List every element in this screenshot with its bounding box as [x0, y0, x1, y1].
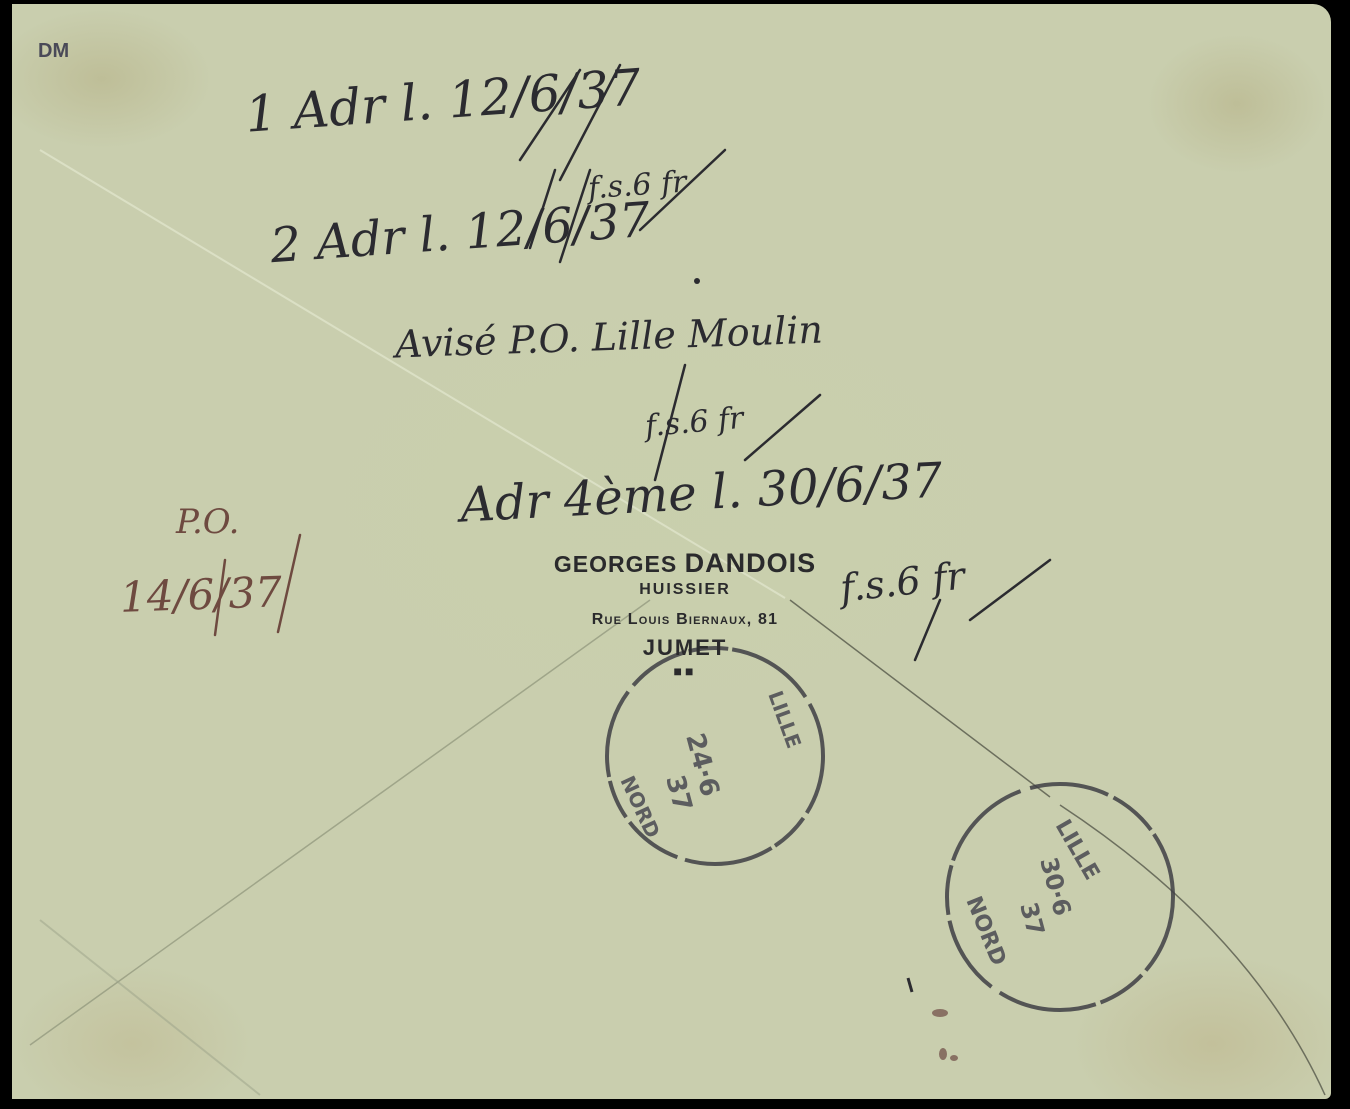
letterhead-first-name: Georges	[554, 551, 677, 577]
postmark-2: 30·6 37 NORD LILLE	[947, 784, 1173, 1010]
svg-text:37: 37	[1014, 899, 1050, 939]
note-po-date: 14/6/37	[119, 567, 283, 622]
postmark-1: 24·6 37 NORD LILLE	[607, 648, 823, 864]
letterhead-city: JUMET	[490, 635, 880, 661]
letterhead-name: Georges DANDOIS	[490, 548, 880, 579]
letterhead-last-name: DANDOIS	[685, 548, 817, 578]
note-po: P.O.	[176, 502, 239, 542]
svg-text:LILLE: LILLE	[763, 688, 806, 752]
svg-text:NORD: NORD	[960, 893, 1010, 969]
letterhead-address: Rue Louis Biernaux, 81	[490, 611, 880, 629]
letterhead-ornament: ■■	[490, 663, 880, 679]
svg-text:NORD: NORD	[615, 772, 665, 842]
letterhead: Georges DANDOIS HUISSIER Rue Louis Biern…	[490, 548, 880, 679]
corner-mark: DM	[38, 40, 69, 63]
letterhead-title: HUISSIER	[490, 581, 880, 599]
